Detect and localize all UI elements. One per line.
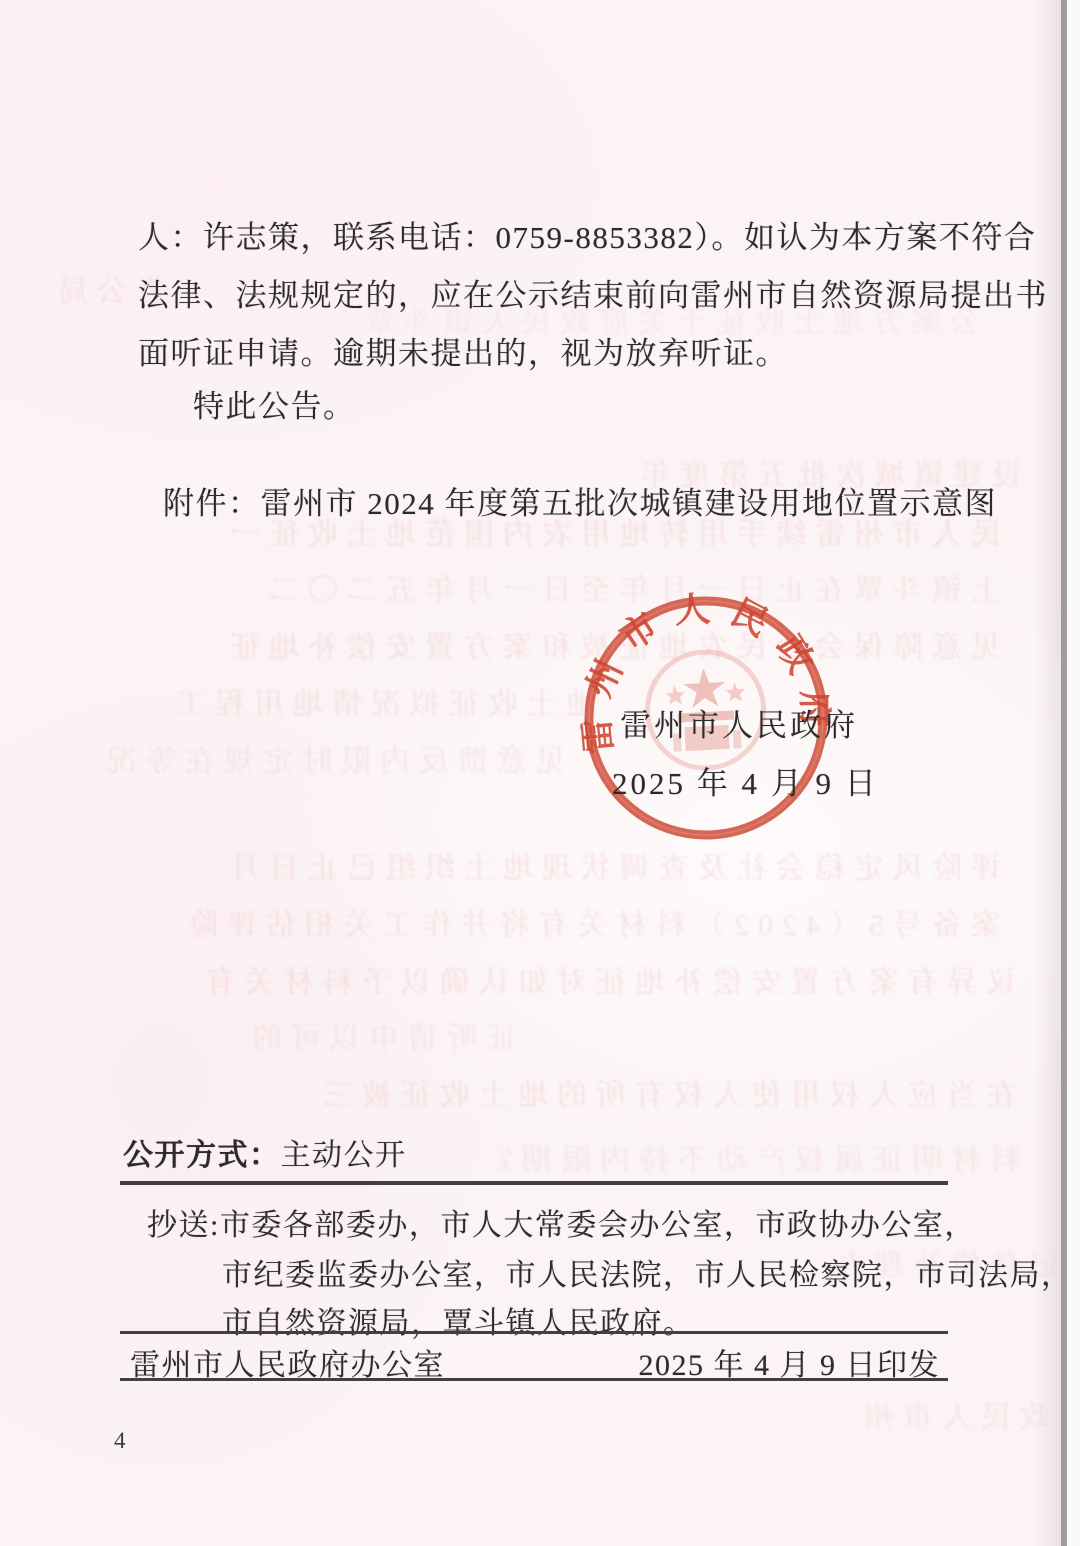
page-number: 4 <box>114 1428 126 1454</box>
attachment-line: 附件：雷州市 2024 年度第五批次城镇建设用地位置示意图 <box>163 478 997 523</box>
bleedthrough-text: 证听请申以可的 <box>96 1013 516 1057</box>
bleedthrough-text: 政民人市州 <box>800 1392 1050 1436</box>
cc-line: 抄送:市委各部委办，市人大常委会办公室，市政协办公室， <box>147 1200 976 1244</box>
signature-issuer: 雷州市人民政府 <box>620 700 858 745</box>
bleedthrough-text: 评险风定稳会社及查调状现地土织组已止日月 <box>96 843 1001 887</box>
body-line: 人：许志策，联系电话：0759-8853382）。如认为本方案不符合 <box>138 212 1036 257</box>
cc-line: 市自然资源局，覃斗镇人民政府。 <box>222 1298 695 1342</box>
bleedthrough-text: 议异有案方置安偿补地征对如认确以予料材关有 <box>96 957 1016 1001</box>
bleedthrough-text: 在当应人权用使人权有所的地土收征被三 <box>96 1070 1016 1114</box>
bleedthrough-text: 地土收征拟况情地用程工 <box>96 679 596 723</box>
body-line: 法律、法规规定的，应在公示结束前向雷州市自然资源局提出书 <box>138 270 1048 315</box>
publicity-row: 公开方式：主动公开 <box>123 1130 407 1174</box>
cc-line: 市纪委监委办公室，市人民法院，市人民检察院，市司法局， <box>222 1250 1073 1294</box>
body-line: 面听证申请。逾期未提出的，视为放弃听证。 <box>138 328 788 373</box>
bleedthrough-text: 案备号5（4202）料材关有将并作工关相估评险 <box>96 900 1001 944</box>
signature-date: 2025 年 4 月 9 日 <box>612 758 879 803</box>
divider-rule-bottom <box>120 1378 948 1381</box>
scanned-official-document-page: 告公局 公案方地土收征于关府政民人镇斗覃 设建镇城次批五第度年 民人市州雷续手用… <box>0 0 1080 1546</box>
bleedthrough-text: 料材明证属权产动不持内限期定规 <box>500 1135 1020 1179</box>
closing-line: 特此公告。 <box>193 381 356 426</box>
bleedthrough-text: 上镇斗覃在止日一月年至日一月年五二〇二 <box>96 565 1001 609</box>
publicity-value: 主动公开 <box>281 1139 407 1172</box>
bleedthrough-text: 见意馈反内限时定规在等况情 <box>96 736 566 780</box>
scanner-background <box>1067 0 1080 1546</box>
divider-rule-middle <box>120 1331 948 1334</box>
page-edge-shadow <box>1035 0 1062 1546</box>
publicity-label: 公开方式： <box>123 1139 281 1172</box>
bleedthrough-text: 见意障保会社民农地征被和案方置安偿补地征 <box>96 622 1001 666</box>
divider-rule-top <box>120 1181 948 1185</box>
